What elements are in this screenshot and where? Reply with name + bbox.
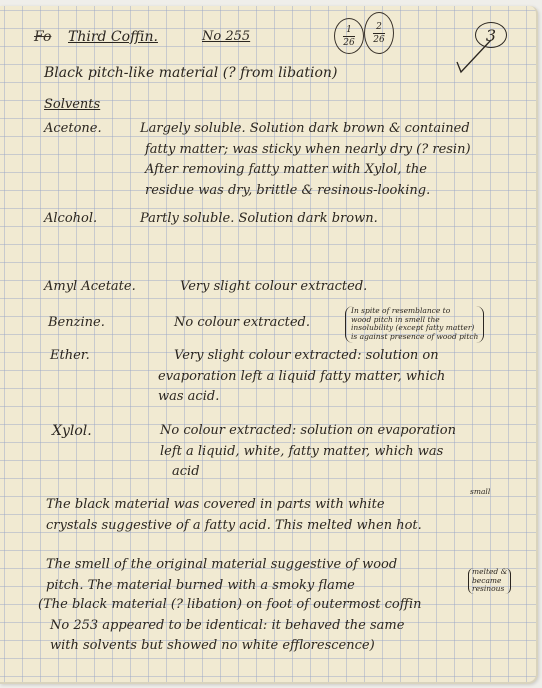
fraction-denominator: 26 [343, 38, 354, 48]
note-line-4: is against presence of wood pitch [351, 333, 478, 342]
amyl-acetate-line-1: Very slight colour extracted. [180, 280, 367, 293]
coffin-number: No 255 [202, 30, 250, 43]
acetone-line-2: fatty matter; was sticky when nearly dry… [145, 143, 471, 156]
paragraph-2-line-2: pitch. The material burned with a smoky … [46, 579, 355, 592]
struck-prefix: Fo [34, 30, 51, 44]
solvent-label-amyl-acetate: Amyl Acetate. [44, 280, 136, 293]
paragraph-3-line-3: with solvents but showed no white efflor… [50, 639, 375, 652]
page-title: Third Coffin. [68, 30, 158, 44]
paragraph-1-line-2: crystals suggestive of a fatty acid. Thi… [46, 519, 422, 532]
paragraph-2-aside: melted & became resinous [468, 568, 511, 594]
fraction-bar [373, 33, 385, 34]
ether-line-2: evaporation left a liquid fatty matter, … [158, 370, 445, 383]
xylol-line-3: acid [172, 465, 200, 478]
paragraph-1-line-1: The black material was covered in parts … [46, 498, 385, 511]
solvent-label-xylol: Xylol. [52, 424, 92, 438]
solvents-heading: Solvents [44, 98, 100, 111]
title-text: Third Coffin. [68, 29, 158, 45]
xylol-line-1: No colour extracted: solution on evapora… [160, 424, 456, 437]
check-mark-icon [455, 36, 495, 76]
aside-line-3: resinous [472, 585, 507, 594]
acetone-line-3: After removing fatty matter with Xylol, … [145, 163, 427, 176]
acetone-line-1: Largely soluble. Solution dark brown & c… [140, 122, 470, 135]
paragraph-2-line-1: The smell of the original material sugge… [46, 558, 397, 571]
ether-line-3: was acid. [158, 390, 219, 403]
paragraph-3-line-1: (The black material (? libation) on foot… [38, 598, 422, 611]
notebook-page: Fo Third Coffin. No 255 1 26 2 26 3 Blac… [0, 6, 538, 684]
solvent-label-benzine: Benzine. [48, 316, 105, 329]
alcohol-line-1: Partly soluble. Solution dark brown. [140, 212, 378, 225]
acetone-line-4: residue was dry, brittle & resinous-look… [145, 184, 430, 197]
inserted-word-small: small [470, 488, 490, 497]
circled-fraction-2: 2 26 [364, 12, 394, 54]
paragraph-3-line-2: No 253 appeared to be identical: it beha… [50, 619, 404, 632]
fraction-numerator: 2 [376, 22, 382, 32]
solvent-label-acetone: Acetone. [44, 122, 102, 135]
xylol-line-2: left a liquid, white, fatty matter, whic… [160, 445, 443, 458]
fraction-numerator: 1 [346, 25, 352, 35]
fraction-bar [343, 36, 355, 37]
benzine-line-1: No colour extracted. [174, 316, 310, 329]
subject-line: Black pitch-like material (? from libati… [44, 66, 337, 80]
ether-line-1: Very slight colour extracted: solution o… [174, 349, 439, 362]
fraction-denominator: 26 [373, 35, 384, 45]
circled-fraction-1: 1 26 [334, 18, 364, 54]
solvent-label-alcohol: Alcohol. [44, 212, 97, 225]
benzine-side-note: In spite of resemblance to wood pitch in… [345, 306, 484, 343]
solvent-label-ether: Ether. [50, 349, 90, 362]
